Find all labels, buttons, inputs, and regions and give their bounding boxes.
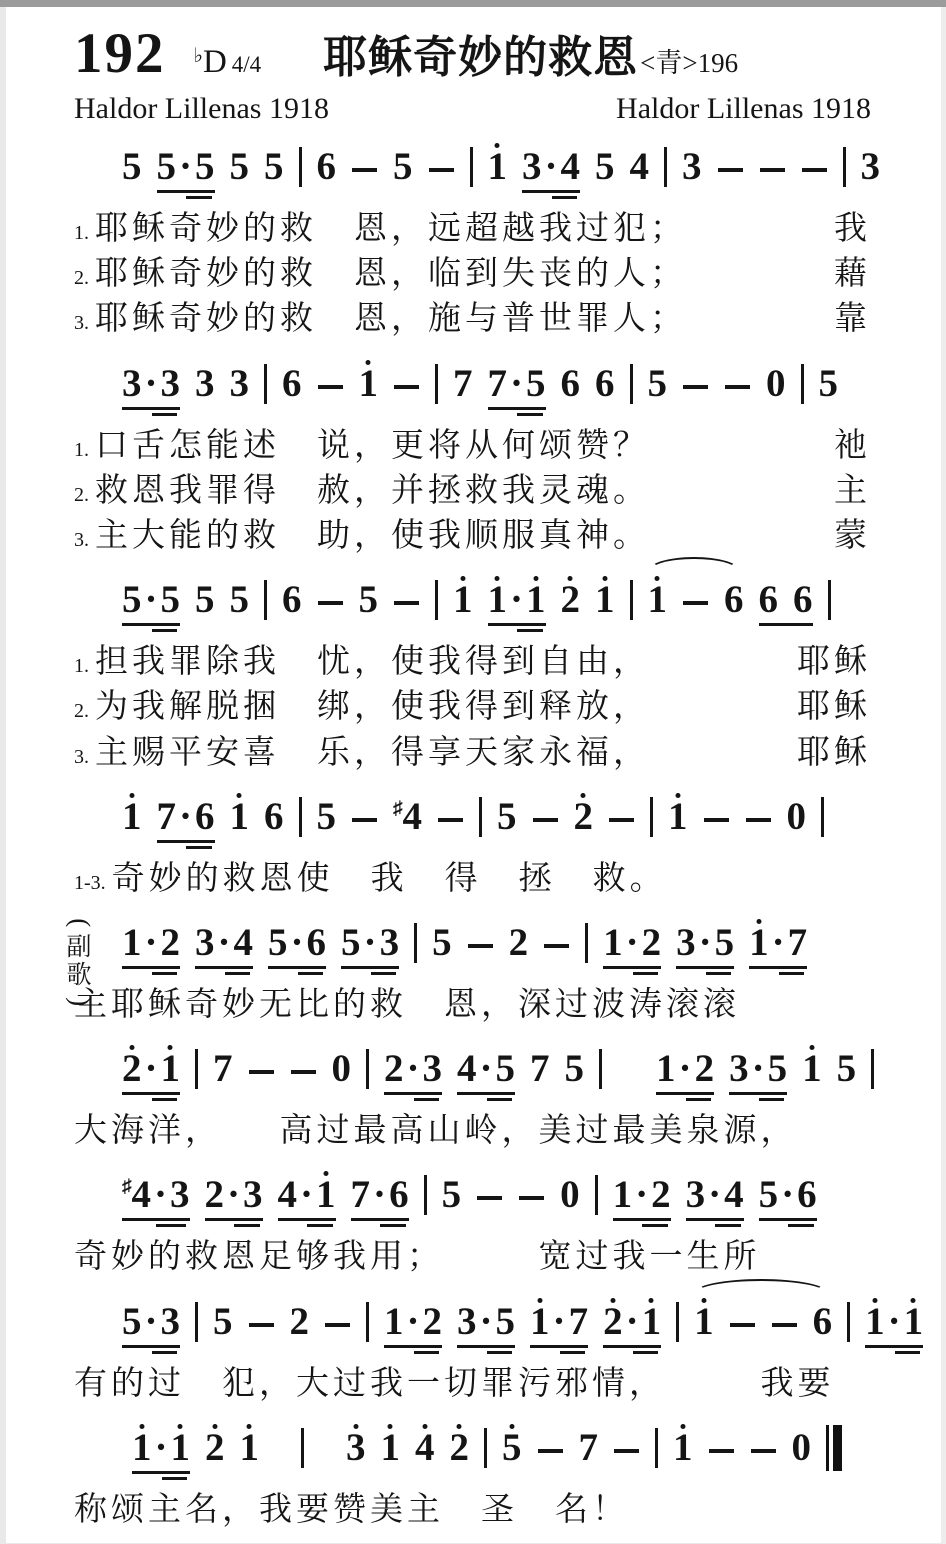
barline	[585, 923, 588, 963]
note-digit: 6	[282, 580, 302, 619]
note-digits	[248, 1042, 275, 1088]
note-digits: 5	[195, 573, 215, 619]
note-digit: 6	[282, 364, 302, 403]
note-digit: 3	[676, 923, 696, 962]
note-digit: 5	[161, 580, 181, 619]
note-token: 2	[561, 573, 581, 619]
lyricist: Haldor Lillenas 1918	[74, 92, 329, 126]
note-digit: 5	[565, 1049, 585, 1088]
verse-number: 2.	[74, 482, 89, 509]
note-token: 1	[648, 573, 668, 619]
music-line: 5·3521·23·51·72·1161·1	[74, 1295, 871, 1354]
beam-underline-2	[517, 629, 543, 632]
dot-separator: ·	[699, 923, 712, 962]
rest-zero: 0	[560, 1175, 580, 1214]
note-digit: 5	[502, 1428, 522, 1467]
note-digit: 1	[904, 1302, 924, 1341]
final-barline-thick	[833, 1425, 842, 1471]
note-digits: 4	[630, 140, 650, 186]
note-digit: 3	[170, 1175, 190, 1214]
note-token: 1·7	[749, 916, 807, 975]
dot-separator: ·	[373, 1175, 386, 1214]
note-digits: 1	[122, 790, 142, 836]
note-token: 6	[595, 357, 615, 403]
note-token: 2·1	[122, 1042, 180, 1101]
beam-underline-2	[152, 413, 178, 416]
note-digits: 6	[282, 573, 302, 619]
note-digit: 1	[526, 580, 546, 619]
note-digits: 3	[861, 140, 881, 186]
note-digit: 3	[243, 1175, 263, 1214]
note-token: 5	[359, 573, 379, 619]
note-digit: 3	[380, 923, 400, 962]
note-digit: 6	[307, 923, 327, 962]
verse-number: 1.	[74, 220, 89, 247]
lyric-lead: 3.主大能的救 助，使我顺服真神。	[74, 514, 650, 559]
note-digits: 5·3	[122, 1295, 180, 1341]
note-token: 6	[724, 573, 744, 619]
score-line-4: 17·6165♯452101-3.奇妙的救恩使 我 得 拯 救。	[74, 790, 871, 902]
note-token	[532, 790, 559, 836]
note-digits: 6	[595, 357, 615, 403]
note-digits: 2	[450, 1421, 470, 1467]
note-digit: 5	[122, 580, 142, 619]
dash-continuation	[429, 168, 454, 172]
note-digits: 1	[648, 573, 668, 619]
note-digit: 1	[530, 1302, 550, 1341]
note-digit: 2	[450, 1428, 470, 1467]
dash-continuation	[519, 1196, 544, 1200]
note-digits: 0	[792, 1421, 812, 1467]
note-digits	[613, 1421, 640, 1467]
barline	[414, 923, 417, 963]
note-digit: 5	[526, 364, 546, 403]
beam-underline	[522, 190, 580, 193]
note-token: 7·6	[157, 790, 215, 849]
note-token: 3·4	[522, 140, 580, 199]
beam-underline	[157, 840, 215, 843]
lyric-lead: 2.为我解脱捆 绑，使我得到释放，	[74, 685, 650, 730]
note-token	[708, 1421, 735, 1467]
lyric-text: 奇妙的救恩使 我 得 拯 救。	[112, 857, 667, 902]
note-digits: 5	[230, 140, 250, 186]
beam-underline-2	[186, 196, 212, 199]
note-digit: 4	[630, 147, 650, 186]
beam-underline-2	[414, 1098, 440, 1101]
note-token: 1	[240, 1421, 260, 1467]
dot-separator: ·	[553, 1302, 566, 1341]
lyric-lead: 大海洋， 高过最高山岭，美过最美泉源，	[74, 1109, 798, 1154]
lyric-tail: 我	[834, 207, 871, 252]
note-digits: 5	[502, 1421, 522, 1467]
note-digit: 5	[595, 147, 615, 186]
note-digits: 5	[393, 140, 413, 186]
note-digits: 1	[381, 1421, 401, 1467]
note-digit: 5	[264, 147, 284, 186]
beam-underline	[759, 623, 813, 626]
note-digit: 6	[797, 1175, 817, 1214]
note-digit: 2	[695, 1049, 715, 1088]
note-token: 7	[579, 1421, 599, 1467]
note-token	[801, 140, 828, 186]
note-digits	[724, 357, 751, 403]
beam-underline-2	[156, 1224, 186, 1227]
lyric-row: 3.耶稣奇妙的救 恩，施与普世罪人；靠	[74, 297, 871, 342]
dot-separator: ·	[218, 923, 231, 962]
note-digit: 5	[768, 1049, 788, 1088]
note-digits: ♯4	[393, 790, 422, 836]
note-digits: 6	[813, 1295, 833, 1341]
note-digits: 1	[230, 790, 250, 836]
lyric-tail: 祂	[834, 424, 871, 469]
note-digits	[708, 1421, 735, 1467]
note-digit: 7	[530, 1049, 550, 1088]
beam-underline	[122, 1345, 180, 1348]
note-digits: 6	[561, 357, 581, 403]
dot-separator: ·	[781, 1175, 794, 1214]
note-token: 3	[682, 140, 702, 186]
barline	[301, 1428, 304, 1468]
note-digits: 3·5	[729, 1042, 787, 1088]
beam-underline	[676, 966, 734, 969]
note-token: 5·6	[759, 1168, 817, 1227]
note-token: 5	[230, 140, 250, 186]
lyric-row: 1.口舌怎能述 说，更将从何颂赞？祂	[74, 424, 871, 469]
note-digit: 5	[393, 147, 413, 186]
lyric-row: 1.耶稣奇妙的救 恩，远超越我过犯；我	[74, 207, 871, 252]
dot-separator: ·	[227, 1175, 240, 1214]
dot-separator: ·	[679, 1049, 692, 1088]
dash-continuation	[683, 385, 708, 389]
note-token: 1	[488, 140, 508, 186]
lyric-tail: 耶稣	[797, 731, 871, 776]
note-digit: ♯4	[122, 1175, 151, 1214]
lyric-row: 主耶稣奇妙无比的救 恩，深过波涛滚滚	[74, 983, 871, 1028]
note-digits	[476, 1168, 503, 1214]
note-token: 2·1	[603, 1295, 661, 1354]
note-digits: 1·1	[132, 1421, 190, 1467]
beamed-group-row: 66	[759, 573, 813, 619]
note-token: 1·2	[122, 916, 180, 975]
note-token: 6	[264, 790, 284, 836]
note-token: 2·3	[205, 1168, 263, 1227]
lyric-row: 大海洋， 高过最高山岭，美过最美泉源，	[74, 1109, 871, 1154]
note-digit: 4	[278, 1175, 298, 1214]
beam-underline	[205, 1218, 263, 1221]
dash-continuation	[318, 385, 343, 389]
final-barline-thin	[826, 1425, 829, 1471]
note-digits	[393, 573, 420, 619]
barline	[650, 797, 653, 837]
note-digits	[537, 1421, 564, 1467]
lyric-text: 奇妙的救恩足够我用； 宽过我一生所	[74, 1235, 761, 1280]
note-digits: 4	[415, 1421, 435, 1467]
note-token	[437, 790, 464, 836]
note-digit: 6	[813, 1302, 833, 1341]
beam-underline	[122, 1218, 190, 1221]
lyric-lead: 2.耶稣奇妙的救 恩，临到失丧的人；	[74, 252, 687, 297]
dot-separator: ·	[179, 147, 192, 186]
dash-continuation	[709, 1449, 734, 1453]
note-digits: 2·3	[205, 1168, 263, 1214]
note-digit: 2	[603, 1302, 623, 1341]
note-digit: 2	[423, 1302, 443, 1341]
dash-continuation	[533, 818, 558, 822]
beam-underline	[351, 1218, 409, 1221]
note-digits: 7·6	[157, 790, 215, 836]
note-digit: 5	[195, 147, 215, 186]
dash-continuation	[394, 601, 419, 605]
note-digit: 1	[132, 1428, 152, 1467]
note-digits: 7	[579, 1421, 599, 1467]
note-digit: 3	[230, 364, 250, 403]
note-digits: 1	[595, 573, 615, 619]
note-digits: 4·5	[457, 1042, 515, 1088]
beam-underline-2	[234, 1224, 260, 1227]
note-token: 5	[230, 573, 250, 619]
note-digit: 5	[496, 1302, 516, 1341]
note-digits: 6	[793, 573, 813, 619]
note-digits: 5·6	[759, 1168, 817, 1214]
note-token: 3·4	[686, 1168, 744, 1227]
note-token	[771, 1295, 798, 1341]
beam-underline	[457, 1345, 515, 1348]
note-digits: 0	[560, 1168, 580, 1214]
beam-underline	[603, 966, 661, 969]
note-digit: 2	[161, 923, 181, 962]
note-digits	[290, 1042, 317, 1088]
note-digit: 5	[157, 147, 177, 186]
barline	[484, 1428, 487, 1468]
barline	[630, 364, 633, 404]
note-token: 3	[230, 357, 250, 403]
note-digits: 5	[497, 790, 517, 836]
note-digit: 3	[423, 1049, 443, 1088]
note-digits: 6	[264, 790, 284, 836]
note-digit: 3	[161, 1302, 181, 1341]
note-digits	[717, 140, 744, 186]
note-digits	[682, 573, 709, 619]
barline	[676, 1302, 679, 1342]
note-digit: 5	[432, 923, 452, 962]
flat-icon: ♭	[194, 45, 203, 67]
note-digit: 1	[240, 1428, 260, 1467]
dash-continuation	[325, 1323, 350, 1327]
barline	[264, 580, 267, 620]
note-digits: 7·5	[488, 357, 546, 403]
key-letter: D	[203, 44, 227, 80]
note-token: 3·5	[729, 1042, 787, 1101]
dash-continuation	[730, 1323, 755, 1327]
note-digits	[248, 1295, 275, 1341]
beam-underline	[530, 1345, 588, 1348]
dash-continuation	[249, 1070, 274, 1074]
note-digits: 5	[359, 573, 379, 619]
beam-underline	[656, 1092, 714, 1095]
note-digit: 2	[205, 1175, 225, 1214]
note-token: 1	[122, 790, 142, 836]
barline	[821, 797, 824, 837]
note-token	[248, 1042, 275, 1088]
lyric-tail: 主	[834, 469, 871, 514]
note-digits: 5	[230, 573, 250, 619]
note-token: 7	[453, 357, 473, 403]
note-digits	[393, 357, 420, 403]
note-digits: 1·1	[488, 573, 546, 619]
dot-separator: ·	[510, 364, 523, 403]
note-digit: 5	[268, 923, 288, 962]
dash-continuation	[352, 818, 377, 822]
note-digit: 5	[195, 580, 215, 619]
note-digits	[682, 357, 709, 403]
beam-underline-2	[633, 1351, 659, 1354]
time-signature: 4/4	[232, 52, 261, 77]
beam-underline-2	[759, 1098, 785, 1101]
note-token: 5·3	[341, 916, 399, 975]
note-digit: 5	[341, 923, 361, 962]
lyric-lead: 2.救恩我罪得 赦，并拯救我灵魂。	[74, 469, 650, 514]
note-digits	[750, 1421, 777, 1467]
score-line-6: 2·1702·34·5751·23·515大海洋， 高过最高山岭，美过最美泉源，	[74, 1042, 871, 1154]
note-token: 5	[213, 1295, 233, 1341]
beam-underline	[122, 407, 180, 410]
beam-underline	[759, 1218, 817, 1221]
note-digits	[324, 1295, 351, 1341]
note-token	[393, 357, 420, 403]
note-token: 5	[195, 573, 215, 619]
note-digit: 3	[346, 1428, 366, 1467]
note-digit: 6	[317, 147, 337, 186]
chorus-label-open-paren: (	[68, 918, 90, 927]
note-token: 2	[574, 790, 594, 836]
dot-separator: ·	[145, 580, 158, 619]
note-token: 1·2	[613, 1168, 671, 1227]
barline	[595, 1175, 598, 1215]
beam-underline-2	[162, 1477, 188, 1480]
note-token: 1	[230, 790, 250, 836]
lyric-row: 有的过 犯，大过我一切罪污邪情， 我要	[74, 1362, 871, 1407]
dot-separator: ·	[626, 923, 639, 962]
note-digits: 1	[694, 1295, 714, 1341]
note-digits: 1·2	[613, 1168, 671, 1214]
lyric-lead: 称颂主名，我要赞美主 圣 名！	[74, 1488, 629, 1533]
note-digits	[351, 140, 378, 186]
note-digit: 1	[648, 580, 668, 619]
note-digit: 3	[122, 364, 142, 403]
note-token: 3·3	[122, 357, 180, 416]
hymn-number: 192	[74, 21, 166, 86]
note-digits: 1·2	[384, 1295, 442, 1341]
note-digits: 1·1	[865, 1295, 923, 1341]
note-token: 1	[595, 573, 615, 619]
note-digit: 2	[574, 797, 594, 836]
note-token: 3·5	[457, 1295, 515, 1354]
dash-continuation	[352, 168, 377, 172]
note-digits: 0	[766, 357, 786, 403]
note-digit: 3	[686, 1175, 706, 1214]
note-digit: 1	[673, 1428, 693, 1467]
note-digit: 1	[668, 797, 688, 836]
note-token: 5	[565, 1042, 585, 1088]
note-digits: 1	[673, 1421, 693, 1467]
note-token: 6	[282, 573, 302, 619]
note-token	[729, 1295, 756, 1341]
chorus-label: (副歌)	[60, 912, 98, 1013]
score-line-5: (副歌)1·23·45·65·3521·23·51·7主耶稣奇妙无比的救 恩，深…	[74, 916, 871, 1028]
note-digit: 1	[613, 1175, 633, 1214]
note-digit: 3	[161, 364, 181, 403]
note-digit: 7	[569, 1302, 589, 1341]
beam-underline-2	[414, 1351, 440, 1354]
note-digits: 3·4	[195, 916, 253, 962]
note-digit: 7	[453, 364, 473, 403]
beam-underline-2	[517, 413, 543, 416]
note-token: 5	[442, 1168, 462, 1214]
dash-continuation	[614, 1449, 639, 1453]
hymn-header: 192 ♭D4/4 耶稣奇妙的救恩 <青>196	[74, 21, 871, 86]
note-token: ♯4·3	[122, 1168, 190, 1227]
note-digits: 2·1	[603, 1295, 661, 1341]
beam-underline	[603, 1345, 661, 1348]
note-digits	[729, 1295, 756, 1341]
note-token	[750, 1421, 777, 1467]
beam-underline	[686, 1218, 744, 1221]
note-digits: 1	[359, 357, 379, 403]
note-token: 1	[673, 1421, 693, 1467]
lyric-text: 主大能的救 助，使我顺服真神。	[95, 514, 650, 559]
note-token: 1	[359, 357, 379, 403]
dash-continuation	[394, 385, 419, 389]
note-digit: 3	[195, 364, 215, 403]
note-digits: 5·5	[157, 140, 215, 186]
note-digits	[428, 140, 455, 186]
note-digit: 2	[122, 1049, 142, 1088]
beam-underline-2	[152, 972, 178, 975]
beam-underline-2	[152, 629, 178, 632]
dot-separator: ·	[300, 1175, 313, 1214]
hymn-page: 192 ♭D4/4 耶稣奇妙的救恩 <青>196 Haldor Lillenas…	[0, 7, 946, 1544]
note-token: 2	[290, 1295, 310, 1341]
note-digits: 3	[682, 140, 702, 186]
note-digit: 1	[384, 1302, 404, 1341]
lyric-lead: 3.主赐平安喜 乐，得享天家永福，	[74, 731, 650, 776]
dash-continuation	[544, 944, 569, 948]
note-token: 6	[793, 573, 813, 619]
dot-separator: ·	[407, 1302, 420, 1341]
lyric-row: 2.为我解脱捆 绑，使我得到释放，耶稣	[74, 685, 871, 730]
music-line: 5·5556511·1211666	[74, 573, 871, 632]
note-digit: 4	[457, 1049, 477, 1088]
note-digit: 3	[457, 1302, 477, 1341]
score-line-2: 3·3336177·5665051.口舌怎能述 说，更将从何颂赞？祂2.救恩我罪…	[74, 357, 871, 560]
lyric-lead: 3.耶稣奇妙的救 恩，施与普世罪人；	[74, 297, 687, 342]
lyric-row: 称颂主名，我要赞美主 圣 名！	[74, 1488, 871, 1533]
note-token: 1	[381, 1421, 401, 1467]
note-digits: 5	[264, 140, 284, 186]
lyric-lead: 1.担我罪除我 忧，使我得到自由，	[74, 640, 650, 685]
note-token: 7·6	[351, 1168, 409, 1227]
note-token: 5·3	[122, 1295, 180, 1354]
dot-separator: ·	[145, 364, 158, 403]
slur-group: 16	[694, 1295, 832, 1341]
dot-separator: ·	[155, 1428, 168, 1467]
note-digit: 5	[819, 364, 839, 403]
note-token	[317, 573, 344, 619]
note-token	[608, 790, 635, 836]
beam-underline	[488, 623, 546, 626]
barline	[479, 797, 482, 837]
note-digit: 5	[759, 1175, 779, 1214]
